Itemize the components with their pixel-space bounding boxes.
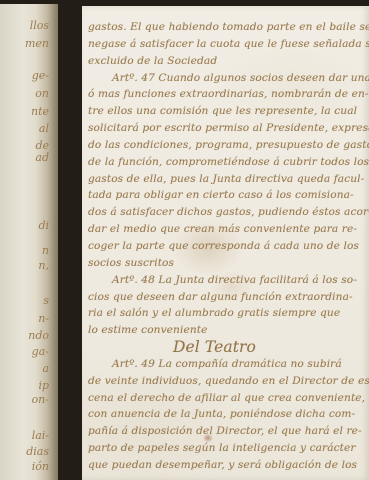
manuscript-line: dar el medio que crean más conveniente p… — [88, 221, 369, 238]
manuscript-line: de veinte individuos, quedando en el Dir… — [88, 373, 369, 390]
section-heading: Del Teatro — [88, 339, 369, 356]
manuscript-line: gastos. El que habiendo tomado parte en … — [88, 19, 369, 36]
manuscript-line-article-49: Artº. 49 La compañía dramática no subirá — [88, 356, 369, 373]
manuscript-line: que puedan desempeñar, y será obligación… — [88, 457, 369, 474]
margin-text-fragment: di — [38, 220, 49, 232]
margin-text-fragment: dias — [26, 446, 49, 458]
margin-text-fragment: ad — [35, 152, 49, 164]
manuscript-line: gastos de ella, pues la Junta directiva … — [88, 171, 369, 188]
manuscript-line: dos á satisfacer dichos gastos, pudiendo… — [88, 204, 369, 221]
margin-text-fragment: al — [39, 123, 49, 135]
margin-text-fragment: on — [35, 88, 49, 100]
manuscript-line: cios que deseen dar alguna función extra… — [88, 289, 369, 306]
manuscript-line: parto de papeles según la inteligencia y… — [88, 440, 369, 457]
manuscript-line-article-47: Artº. 47 Cuando algunos socios deseen da… — [88, 70, 369, 87]
margin-text-fragment: n, — [38, 260, 49, 272]
page-text: gastos. El que habiendo tomado parte en … — [88, 19, 369, 474]
manuscript-line-article-48: Artº. 48 La Junta directiva facilitará á… — [88, 272, 369, 289]
manuscript-line: pañía á disposición del Director, el que… — [88, 423, 369, 440]
manuscript-line: cena el derecho de afiliar al que crea c… — [88, 390, 369, 407]
manuscript-line: excluido de la Sociedad — [88, 53, 369, 70]
margin-text-fragment: s — [43, 295, 49, 307]
manuscript-line: socios suscritos — [88, 255, 369, 272]
manuscript-line: con anuencia de la Junta, poniéndose dic… — [88, 406, 369, 423]
margin-text-fragment: nte — [31, 106, 49, 118]
book-gutter — [58, 2, 82, 480]
manuscript-line: de la función, comprometiéndose á cubrir… — [88, 154, 369, 171]
margin-text-fragment: n- — [38, 313, 49, 325]
margin-text-fragment: n — [42, 245, 49, 257]
margin-text-fragment: llos — [30, 20, 49, 32]
manuscript-page: gastos. El que habiendo tomado parte en … — [82, 6, 369, 480]
margin-text-fragment: ip — [38, 380, 49, 392]
manuscript-line: ria el salón y el alumbrado gratis siemp… — [88, 305, 369, 322]
margin-text-fragment: ge- — [32, 70, 49, 82]
margin-text-fragment: men — [25, 38, 49, 50]
margin-text-fragment: a — [42, 363, 49, 375]
manuscript-line: coger la parte que corresponda á cada un… — [88, 238, 369, 255]
manuscript-line: ó mas funciones extraordinarias, nombrar… — [88, 86, 369, 103]
manuscript-photo: llos men ge- on nte al de ad di n n, s n… — [0, 0, 369, 480]
margin-text-fragment: ndo — [28, 330, 49, 342]
manuscript-line: lo estime conveniente — [88, 322, 369, 339]
manuscript-line: solicitará por escrito permiso al Presid… — [88, 120, 369, 137]
margin-text-fragment: lai- — [32, 430, 49, 442]
manuscript-line: tre ellos una comisión que les represent… — [88, 103, 369, 120]
facing-page-edge: llos men ge- on nte al de ad di n n, s n… — [0, 4, 58, 480]
manuscript-line: negase á satisfacer la cuota que le fues… — [88, 36, 369, 53]
manuscript-line: tada para obligar en cierto caso á los c… — [88, 187, 369, 204]
margin-text-fragment: ión — [32, 461, 49, 473]
margin-text-fragment: on- — [32, 394, 49, 406]
manuscript-line: do las condiciones, programa, presupuest… — [88, 137, 369, 154]
margin-text-fragment: ga- — [32, 346, 49, 358]
